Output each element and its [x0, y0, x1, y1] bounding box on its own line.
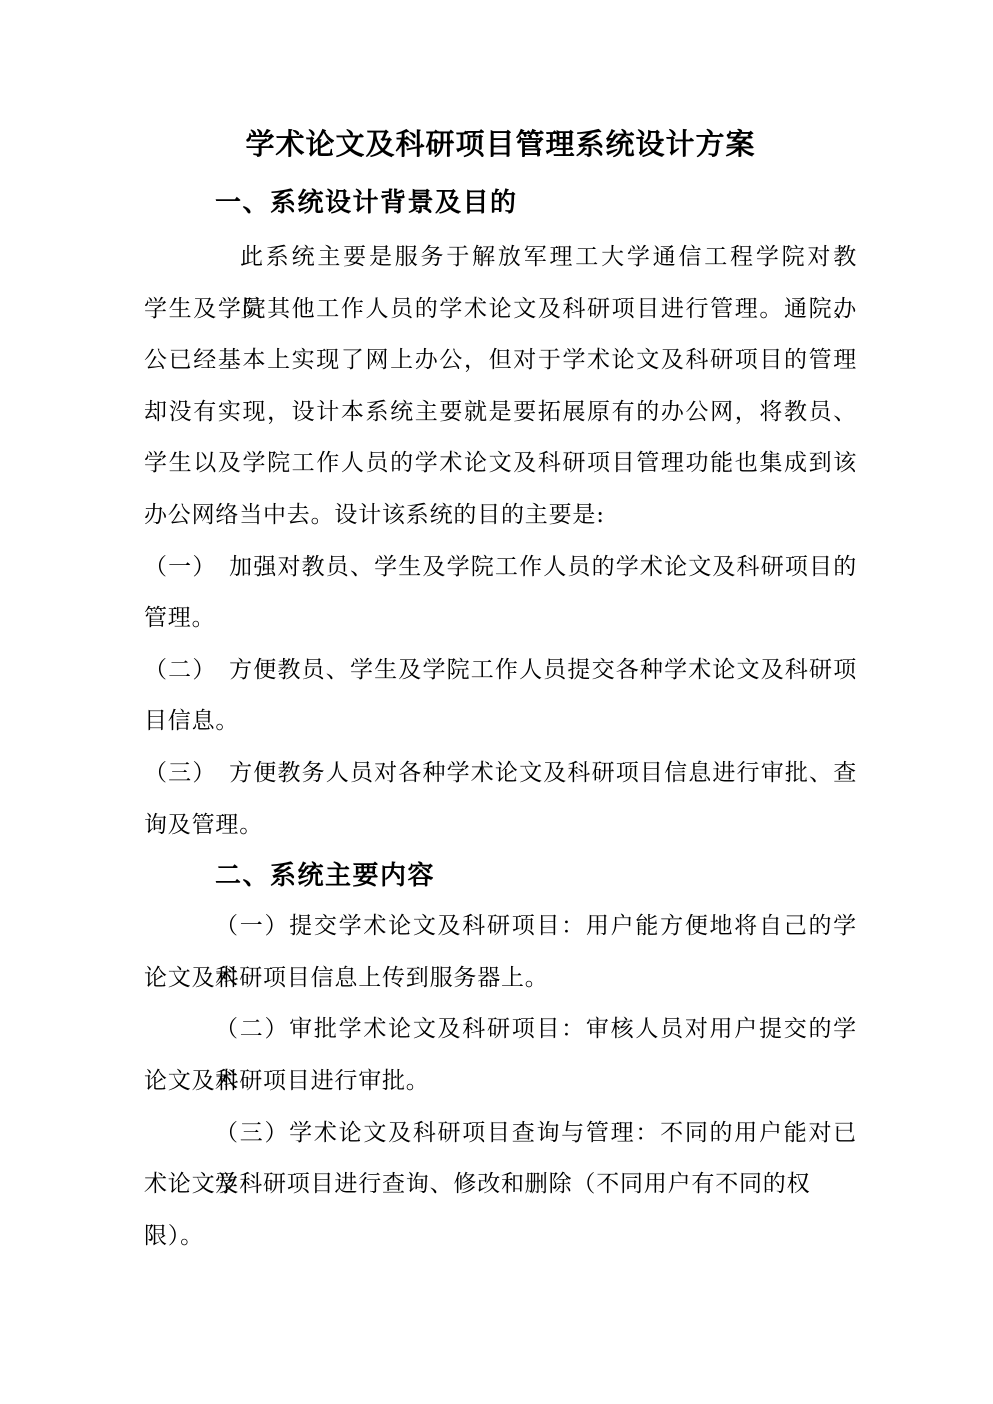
- paragraph-line: 办公网络当中去。设计该系统的目的主要是:: [144, 490, 857, 542]
- list-item-line: 论文及科研项目进行审批。: [144, 1056, 857, 1108]
- list-item-line: （三） 方便教务人员对各种学术论文及科研项目信息进行审批、查: [144, 748, 857, 800]
- document-page: 学术论文及科研项目管理系统设计方案 一、系统设计背景及目的 此系统主要是服务于解…: [0, 0, 993, 1404]
- section-2-heading: 二、系统主要内容: [144, 861, 857, 891]
- list-item-line: 管理。: [144, 593, 857, 645]
- document-title: 学术论文及科研项目管理系统设计方案: [144, 0, 857, 164]
- list-item-line: 论文及科研项目信息上传到服务器上。: [144, 953, 857, 1005]
- list-item-line: （三）学术论文及科研项目查询与管理：不同的用户能对已学: [144, 1108, 857, 1160]
- paragraph-line: 此系统主要是服务于解放军理工大学通信工程学院对教员、: [144, 232, 857, 284]
- list-item-line: 术论文及科研项目进行查询、修改和删除（不同用户有不同的权限）。: [144, 1159, 857, 1211]
- paragraph-line: 公已经基本上实现了网上办公，但对于学术论文及科研项目的管理: [144, 335, 857, 387]
- list-item-line: 目信息。: [144, 696, 857, 748]
- list-item-line: 询及管理。: [144, 800, 857, 852]
- paragraph-line: 学生以及学院工作人员的学术论文及科研项目管理功能也集成到该: [144, 438, 857, 490]
- list-item-line: （二） 方便教员、学生及学院工作人员提交各种学术论文及科研项: [144, 645, 857, 697]
- document-content: 学术论文及科研项目管理系统设计方案 一、系统设计背景及目的 此系统主要是服务于解…: [144, 0, 857, 1211]
- list-item-line: （一） 加强对教员、学生及学院工作人员的学术论文及科研项目的: [144, 542, 857, 594]
- paragraph-line: 学生及学院其他工作人员的学术论文及科研项目进行管理。通院办: [144, 284, 857, 336]
- list-item-line: （一）提交学术论文及科研项目：用户能方便地将自己的学术: [144, 901, 857, 953]
- section-2-body: （一）提交学术论文及科研项目：用户能方便地将自己的学术 论文及科研项目信息上传到…: [144, 901, 857, 1211]
- list-item-line: （二）审批学术论文及科研项目：审核人员对用户提交的学术: [144, 1004, 857, 1056]
- section-1-body: 此系统主要是服务于解放军理工大学通信工程学院对教员、 学生及学院其他工作人员的学…: [144, 232, 857, 851]
- paragraph-line: 却没有实现，设计本系统主要就是要拓展原有的办公网，将教员、: [144, 387, 857, 439]
- section-1-heading: 一、系统设计背景及目的: [144, 188, 857, 218]
